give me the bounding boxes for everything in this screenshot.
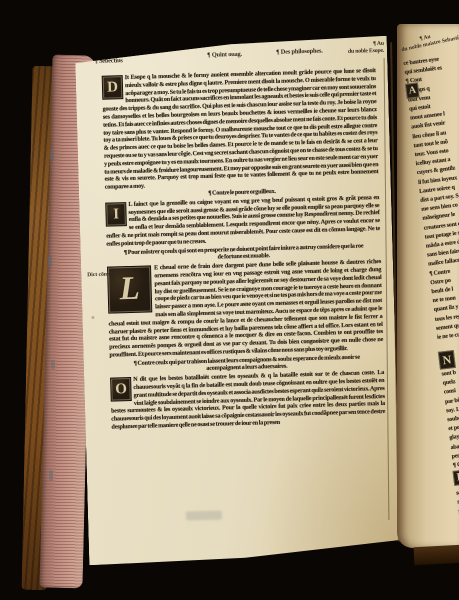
decorated-initial: D (102, 75, 124, 100)
edge-fleck (48, 255, 52, 267)
fable-paragraph-fly-and-ant: DIt Esope q la mousche & le formy auoien… (102, 67, 379, 192)
edge-fleck (51, 360, 55, 369)
foxing-spot (91, 316, 94, 319)
decorated-initial: O (110, 377, 132, 402)
bottom-board-edge (414, 545, 459, 565)
running-header-signature: ¶ Sebectius (94, 57, 123, 65)
running-header-section: ¶ Quint ouag. (207, 51, 242, 59)
edge-fleck (50, 150, 54, 160)
decorated-initial: L (107, 266, 152, 314)
text-block: DIt Esope q la mousche & le formy auoien… (102, 67, 386, 431)
left-page: ¶ Sebectius ¶ Quint ouag. ¶ Des philosop… (75, 36, 401, 566)
fable-paragraph-frog-and-ox: IL fainct que la grenoille ou caigne voy… (105, 194, 380, 248)
decorated-initial: I (105, 202, 127, 227)
right-page-running-header: ¶ Au du noble maistre Sebastiã. (399, 24, 459, 54)
paragraph-text: N dit que les bestes batailloiët contre … (111, 369, 385, 430)
left-page-surface: ¶ Sebectius ¶ Quint ouag. ¶ Des philosop… (75, 36, 401, 566)
decorated-initial: E (452, 469, 459, 486)
running-header-corner-top: ¶ Au (373, 41, 384, 47)
faint-stamp-smudge (186, 511, 222, 521)
right-page-lines: A N E ce bautres oysequi sembloiët es¶ C… (403, 50, 459, 525)
right-page: ¶ Au du noble maistre Sebastiã. A N E ce… (397, 24, 459, 548)
decorated-initial: N (438, 350, 456, 370)
marginal-note: Dict cõmu. (87, 271, 113, 278)
photo-background: ¶ Sebectius ¶ Quint ouag. ¶ Des philosop… (0, 0, 459, 600)
paragraph-text: It Esope q la mousche & le formy auoient… (103, 67, 379, 191)
running-header-corner: ¶ Au du noble Esope. (348, 41, 385, 56)
running-header-title: ¶ Des philosophes. (276, 48, 323, 56)
decorated-initial: A (405, 82, 420, 98)
edge-fleck (49, 470, 53, 481)
foxing-spot (207, 136, 209, 138)
paragraph-text: L fainct que la grenoille ou caigne voya… (106, 194, 380, 248)
fable-paragraph-bat-and-birds: ON dit que les bestes batailloiët contre… (110, 369, 385, 431)
foxing-spot (295, 332, 297, 334)
fable-paragraph-horse-and-ass: LE cheual orne de frain dore dargent par… (107, 258, 384, 359)
running-header-corner-bottom: du noble Esope. (348, 48, 384, 55)
